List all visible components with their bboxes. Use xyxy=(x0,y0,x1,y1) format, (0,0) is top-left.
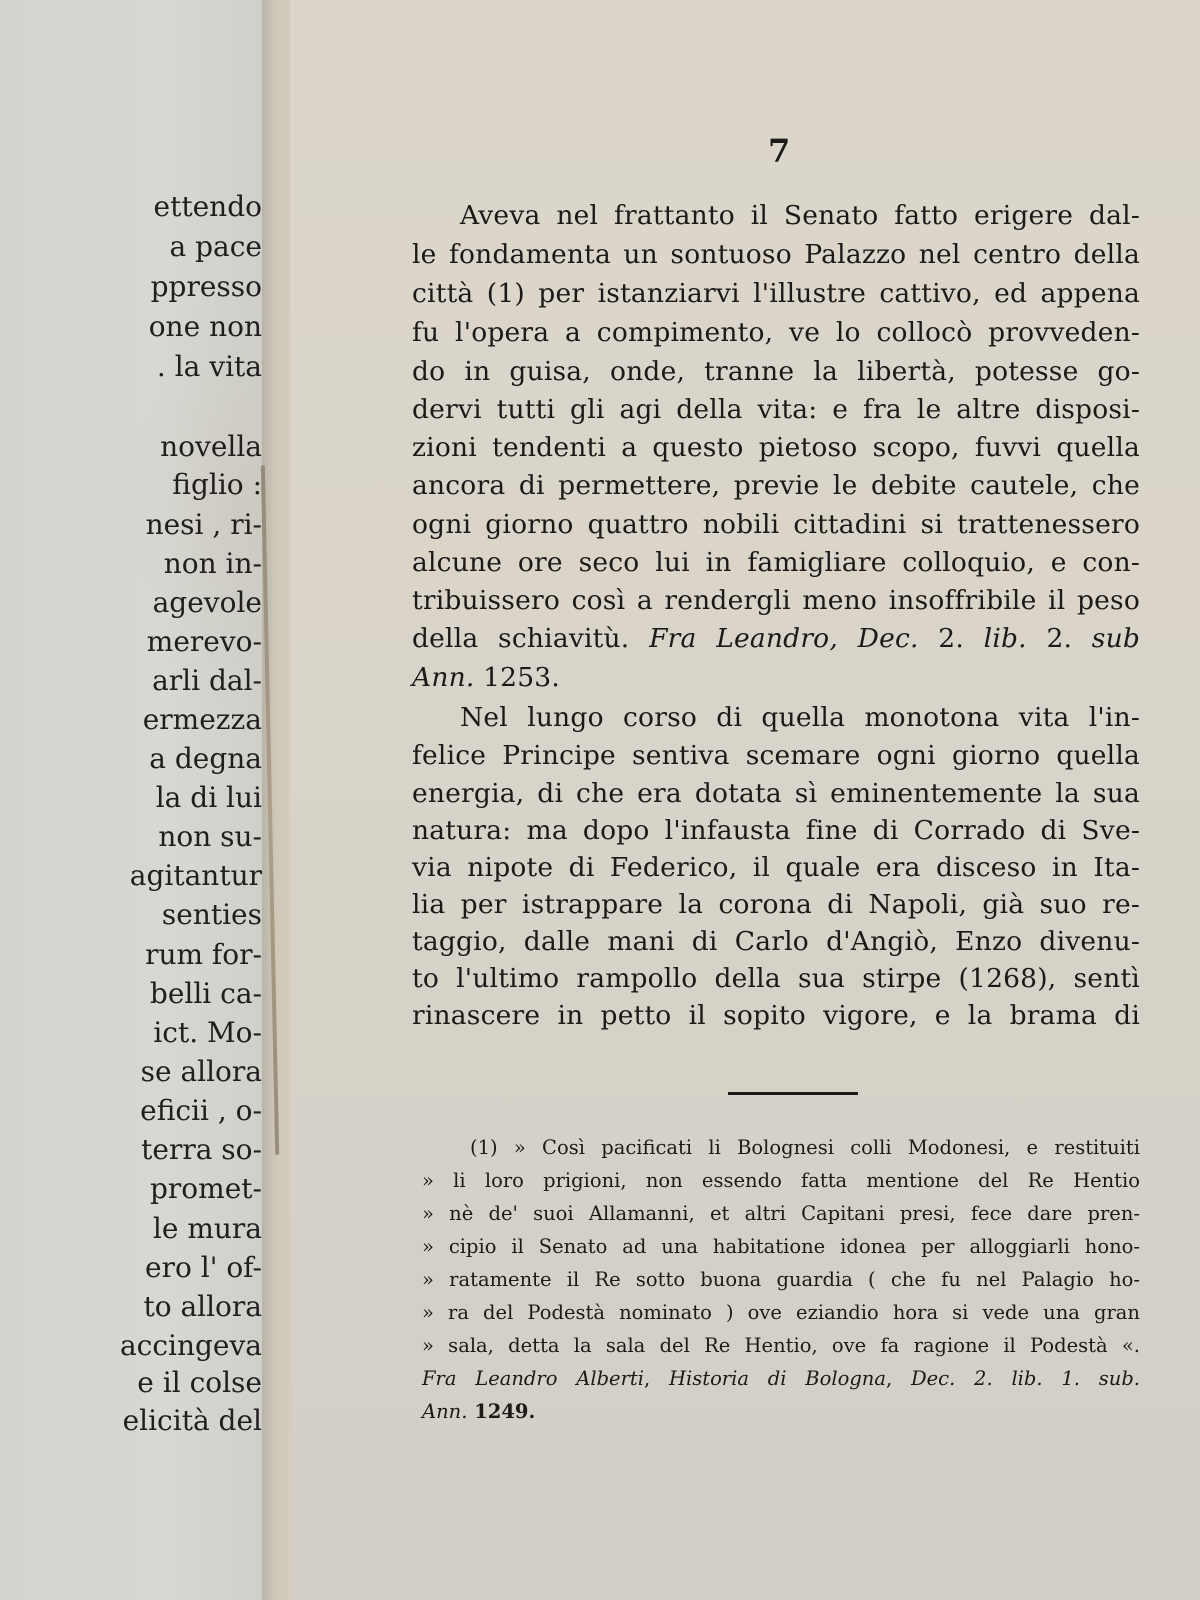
text-line: energia, di che era dotata sì eminenteme… xyxy=(412,778,1140,809)
citation-year: 1253. xyxy=(475,662,561,693)
left-line: ermezza xyxy=(143,703,262,736)
left-line: ppresso xyxy=(151,270,262,303)
left-line: elicità del xyxy=(123,1404,262,1437)
text-line: ogni giorno quattro nobili cittadini si … xyxy=(412,509,1140,540)
left-line: agitantur xyxy=(130,859,262,892)
footnote-line: » ratamente il Re sotto buona guardia ( … xyxy=(422,1268,1140,1291)
left-line: senties xyxy=(162,898,262,931)
text-line: taggio, dalle mani di Carlo d'Angiò, Enz… xyxy=(412,926,1140,957)
citation-lib: lib. xyxy=(984,623,1027,654)
citation-prefix: della schiavitù. xyxy=(412,623,649,654)
left-line: accingeva xyxy=(120,1329,262,1362)
left-line: to allora xyxy=(143,1290,262,1323)
left-line: eficii , o- xyxy=(140,1094,262,1127)
text-line: lia per istrappare la corona di Napoli, … xyxy=(412,889,1140,920)
left-line: e il colse xyxy=(137,1366,262,1399)
text-line: le fondamenta un sontuoso Palazzo nel ce… xyxy=(412,239,1140,270)
left-line: nesi , ri- xyxy=(146,508,262,541)
right-page: 7 Aveva nel frattanto il Senato fatto er… xyxy=(290,0,1200,1600)
page-number: 7 xyxy=(768,132,790,170)
footnote-line: » nè de' suoi Allamanni, et altri Capita… xyxy=(422,1202,1140,1225)
citation-sub: sub xyxy=(1092,623,1140,654)
footnote-line: » li loro prigioni, non essendo fatta me… xyxy=(422,1169,1140,1192)
text-line: ancora di permettere, previe le debite c… xyxy=(412,470,1140,501)
citation-line: della schiavitù. Fra Leandro, Dec. 2. li… xyxy=(412,623,1140,654)
left-line: figlio : xyxy=(172,468,262,501)
left-line: agevole xyxy=(153,586,262,619)
left-line: novella xyxy=(160,430,262,463)
footnote-author: Fra Leandro Alberti xyxy=(422,1367,644,1390)
left-line: ero l' of- xyxy=(145,1251,262,1284)
footnote-year: 1249. xyxy=(467,1400,535,1423)
footnote-line: » cipio il Senato ad una habitatione ido… xyxy=(422,1235,1140,1258)
citation-end: Ann. 1253. xyxy=(412,662,560,693)
text-line: alcune ore seco lui in famigliare colloq… xyxy=(412,547,1140,578)
left-line: ict. Mo- xyxy=(153,1016,262,1049)
left-line: se allora xyxy=(141,1055,262,1088)
left-line: a degna xyxy=(149,742,262,775)
footnote-citation-end: Ann. 1249. xyxy=(422,1400,535,1423)
left-line: terra so- xyxy=(141,1133,262,1166)
separator: , xyxy=(644,1367,669,1390)
citation-number: 2. xyxy=(919,623,984,654)
text-line: fu l'opera a compimento, ve lo collocò p… xyxy=(412,317,1140,348)
footnote-title: Historia di Bologna xyxy=(669,1367,886,1390)
footnote-citation: Fra Leandro Alberti, Historia di Bologna… xyxy=(422,1367,1140,1390)
left-line: le mura xyxy=(153,1212,262,1245)
text-line: zioni tendenti a questo pietoso scopo, f… xyxy=(412,432,1140,463)
left-line: ettendo xyxy=(154,190,262,223)
left-line: a pace xyxy=(170,230,262,263)
text-line: Aveva nel frattanto il Senato fatto erig… xyxy=(412,200,1140,231)
footnote-line: (1) » Così pacificati li Bolognesi colli… xyxy=(422,1136,1140,1159)
left-line: non in- xyxy=(164,547,262,580)
footnote-ref: Dec. 2. lib. 1. sub. xyxy=(911,1367,1140,1390)
left-page: ettendo a pace ppresso one non . la vita… xyxy=(0,0,272,1600)
citation-number: 2. xyxy=(1027,623,1092,654)
footnote-separator xyxy=(728,1092,858,1095)
left-line: one non xyxy=(149,310,262,343)
text-line: via nipote di Federico, il quale era dis… xyxy=(412,852,1140,883)
citation-source: Fra Leandro, Dec. xyxy=(649,623,919,654)
text-line: dervi tutti gli agi della vita: e fra le… xyxy=(412,394,1140,425)
footnote-line: » ra del Podestà nominato ) ove eziandio… xyxy=(422,1301,1140,1324)
left-line: merevo- xyxy=(147,625,262,658)
left-line: promet- xyxy=(150,1172,262,1205)
text-line: rinascere in petto il sopito vigore, e l… xyxy=(412,1000,1140,1031)
text-line: tribuissero così a rendergli meno insoff… xyxy=(412,585,1140,616)
footnote-line: » sala, detta la sala del Re Hentio, ove… xyxy=(422,1334,1140,1357)
footnote-ann: Ann. xyxy=(422,1400,467,1423)
left-line: non su- xyxy=(158,820,262,853)
text-line: Nel lungo corso di quella monotona vita … xyxy=(412,702,1140,733)
left-line: belli ca- xyxy=(150,977,262,1010)
text-line: città (1) per istanziarvi l'illustre cat… xyxy=(412,278,1140,309)
citation-ann: Ann. xyxy=(412,662,475,693)
text-line: felice Principe sentiva scemare ogni gio… xyxy=(412,740,1140,771)
text-line: natura: ma dopo l'infausta fine di Corra… xyxy=(412,815,1140,846)
left-line: rum for- xyxy=(145,938,262,971)
text-line: to l'ultimo rampollo della sua stirpe (1… xyxy=(412,963,1140,994)
left-line: . la vita xyxy=(157,350,262,383)
left-line: la di lui xyxy=(156,781,262,814)
left-line: arli dal- xyxy=(152,664,262,697)
text-line: do in guisa, onde, tranne la libertà, po… xyxy=(412,356,1140,387)
separator: , xyxy=(886,1367,911,1390)
